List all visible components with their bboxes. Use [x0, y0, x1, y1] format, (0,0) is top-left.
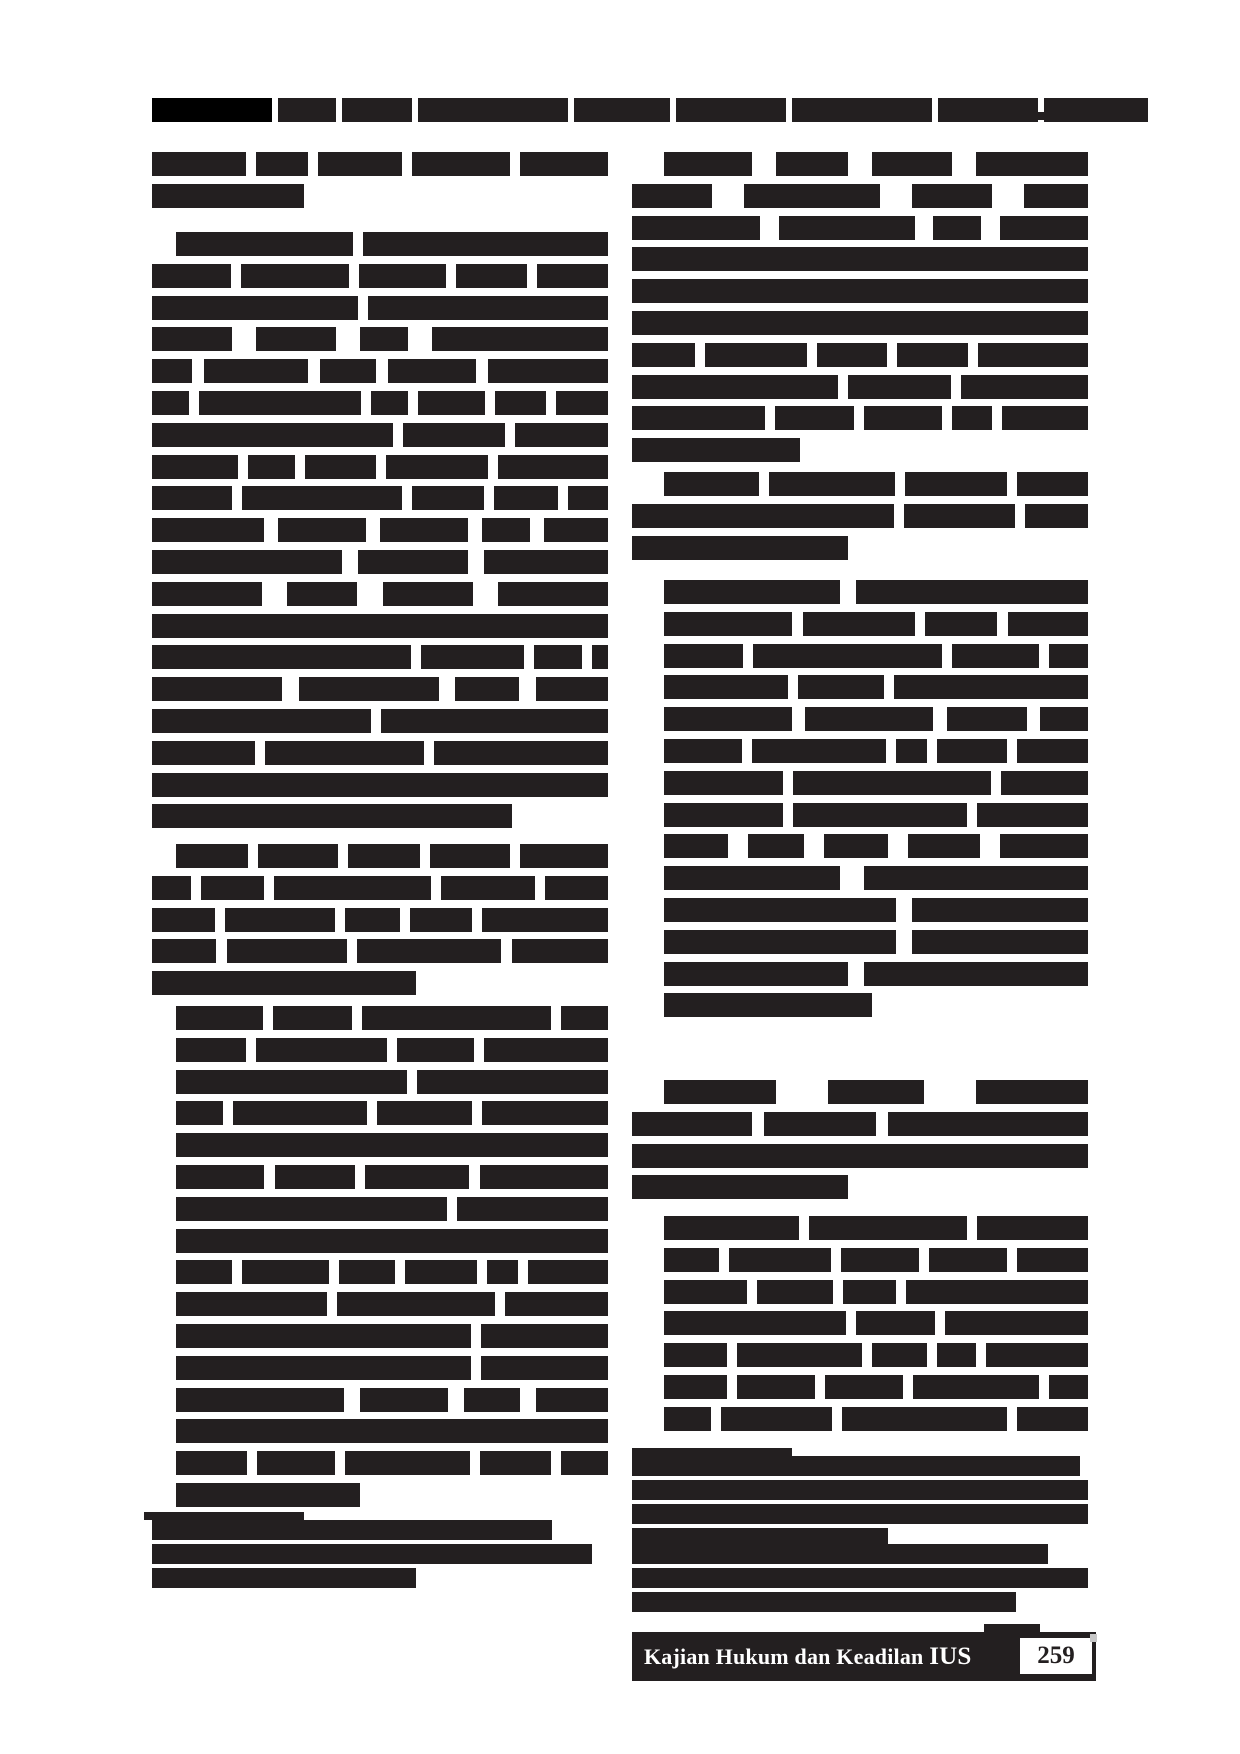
- redacted-word: [455, 677, 519, 701]
- redacted-word: [176, 1165, 264, 1189]
- redacted-word: [397, 1038, 474, 1062]
- redacted-word: [176, 1260, 232, 1284]
- redacted-word: [664, 993, 872, 1017]
- left-para-2-line: [152, 455, 608, 479]
- redacted-word: [365, 1165, 469, 1189]
- left-block-quote-line: [176, 1133, 608, 1157]
- redacted-word: [664, 1080, 776, 1104]
- redacted-word: [339, 1260, 395, 1284]
- redacted-word: [342, 98, 412, 122]
- redacted-word: [1024, 184, 1088, 208]
- redacted-word: [864, 406, 942, 430]
- right-footnote-line: [632, 1456, 1080, 1476]
- redacted-word: [528, 1260, 608, 1284]
- redacted-word: [792, 98, 932, 122]
- redacted-word: [664, 1375, 727, 1399]
- right-para-r1-line: [632, 311, 1088, 335]
- redacted-word: [856, 580, 1088, 604]
- left-para-3-line: [152, 876, 608, 900]
- redacted-word: [744, 184, 880, 208]
- redacted-word: [176, 1292, 327, 1316]
- redacted-word: [152, 296, 358, 320]
- redacted-word: [705, 343, 807, 367]
- redacted-word: [803, 612, 915, 636]
- redacted-word: [278, 518, 366, 542]
- redacted-word: [152, 550, 342, 574]
- redacted-word: [856, 1311, 935, 1335]
- redacted-word: [345, 908, 400, 932]
- right-para-r1-line: [632, 343, 1088, 367]
- footer-tab-decoration: [984, 1624, 1040, 1632]
- journal-abbrev: IUS: [929, 1643, 971, 1670]
- left-block-quote-line: [176, 1451, 608, 1475]
- left-block-quote-line: [176, 1165, 608, 1189]
- redacted-word: [377, 1101, 472, 1125]
- redacted-word: [320, 359, 376, 383]
- redacted-word: [176, 1388, 344, 1412]
- redacted-word: [1008, 612, 1088, 636]
- redacted-word: [752, 739, 885, 763]
- redacted-word: [495, 391, 547, 415]
- redacted-word: [536, 677, 608, 701]
- right-para-r3-line: [632, 1112, 1088, 1136]
- redacted-word: [380, 518, 468, 542]
- redacted-word: [986, 1343, 1088, 1367]
- redacted-word: [176, 1133, 608, 1157]
- redacted-word: [748, 834, 804, 858]
- redacted-word: [484, 550, 608, 574]
- redacted-word: [457, 1197, 608, 1221]
- redacted-word: [348, 844, 420, 868]
- redacted-word: [242, 1260, 330, 1284]
- redacted-word: [258, 844, 338, 868]
- redacted-word: [152, 645, 411, 669]
- right-indented-quote-r2-line: [664, 1311, 1088, 1335]
- redacted-word: [371, 391, 408, 415]
- redacted-word: [828, 1080, 924, 1104]
- redacted-word: [737, 1375, 815, 1399]
- redacted-word: [360, 327, 408, 351]
- page-number: 259: [1037, 1642, 1075, 1670]
- right-indented-quote-r-line: [664, 993, 872, 1017]
- redacted-word: [345, 1451, 470, 1475]
- left-para-2-line: [152, 773, 608, 797]
- redacted-word: [480, 1165, 608, 1189]
- redacted-word: [817, 343, 888, 367]
- right-indented-quote-r-line: [664, 580, 1088, 604]
- redacted-word: [664, 707, 792, 731]
- redacted-word: [152, 773, 608, 797]
- redacted-word: [1049, 1375, 1088, 1399]
- redacted-word: [227, 939, 347, 963]
- redacted-word: [888, 1112, 1088, 1136]
- redacted-word: [152, 455, 238, 479]
- redacted-word: [201, 876, 264, 900]
- page-number-box: 259: [1020, 1638, 1092, 1674]
- redacted-word: [561, 1451, 608, 1475]
- redacted-word: [1002, 406, 1088, 430]
- left-para-1-line: [152, 184, 304, 208]
- redacted-word: [359, 264, 446, 288]
- redacted-word: [512, 939, 608, 963]
- right-footnote-line: [632, 1544, 1048, 1564]
- left-block-quote-line: [176, 1324, 608, 1348]
- redacted-word: [274, 876, 431, 900]
- redacted-word: [152, 98, 272, 122]
- redacted-word: [729, 1248, 831, 1272]
- redacted-word: [199, 391, 361, 415]
- redacted-word: [152, 486, 232, 510]
- redacted-word: [793, 803, 967, 827]
- redacted-word: [824, 834, 888, 858]
- redacted-word: [1025, 504, 1088, 528]
- redacted-word: [498, 582, 608, 606]
- redacted-word: [256, 1038, 387, 1062]
- right-indented-quote-r-line: [664, 834, 1088, 858]
- right-para-r2-line: [664, 472, 1088, 496]
- redacted-word: [977, 803, 1088, 827]
- left-para-2-line: [152, 296, 608, 320]
- redacted-word: [906, 1280, 1088, 1304]
- right-indented-quote-r-line: [664, 866, 1088, 890]
- left-para-1-line: [152, 152, 608, 176]
- left-footnote-line: [152, 1544, 592, 1564]
- redacted-footnote-text: [632, 1568, 1088, 1588]
- redacted-footnote-text: [632, 1504, 1088, 1524]
- right-para-r1-line: [664, 152, 1088, 176]
- redacted-word: [418, 98, 568, 122]
- right-indented-quote-r-line: [664, 803, 1088, 827]
- redacted-word: [520, 844, 608, 868]
- redacted-word: [632, 375, 838, 399]
- redacted-word: [360, 1388, 448, 1412]
- redacted-word: [574, 98, 670, 122]
- redacted-word: [664, 1216, 799, 1240]
- redacted-word: [417, 1070, 608, 1094]
- left-block-quote-line: [176, 1483, 360, 1507]
- redacted-word: [176, 1070, 407, 1094]
- redacted-word: [482, 1101, 608, 1125]
- left-para-2-line: [152, 582, 608, 606]
- right-indented-quote-r-line: [664, 644, 1088, 668]
- redacted-word: [632, 1112, 752, 1136]
- redacted-word: [275, 1165, 355, 1189]
- redacted-word: [498, 455, 608, 479]
- redacted-word: [933, 216, 981, 240]
- redacted-footnote-text: [632, 1480, 1088, 1500]
- redacted-word: [664, 580, 840, 604]
- redacted-word: [412, 486, 484, 510]
- redacted-word: [152, 939, 216, 963]
- right-indented-quote-r-line: [664, 707, 1088, 731]
- left-footnote-line: [152, 1520, 552, 1540]
- redacted-word: [664, 834, 728, 858]
- redacted-word: [152, 518, 264, 542]
- right-para-r1-line: [632, 438, 800, 462]
- redacted-word: [664, 771, 783, 795]
- redacted-word: [864, 866, 1088, 890]
- redacted-word: [664, 930, 896, 954]
- redacted-word: [418, 391, 484, 415]
- redacted-word: [410, 908, 473, 932]
- right-para-r1-line: [632, 375, 1088, 399]
- redacted-word: [676, 98, 786, 122]
- right-para-r3-line: [664, 1080, 1088, 1104]
- redacted-word: [405, 1260, 477, 1284]
- right-indented-quote-r-line: [664, 898, 1088, 922]
- redacted-word: [977, 1216, 1088, 1240]
- redacted-word: [152, 264, 231, 288]
- redacted-word: [363, 232, 608, 256]
- redacted-word: [913, 1375, 1038, 1399]
- redacted-word: [632, 184, 712, 208]
- right-indented-quote-r-line: [664, 962, 1088, 986]
- redacted-word: [152, 709, 371, 733]
- redacted-word: [848, 375, 951, 399]
- redacted-word: [152, 582, 262, 606]
- header-rule: [1000, 112, 1088, 120]
- redacted-word: [362, 1006, 551, 1030]
- redacted-word: [632, 247, 1088, 271]
- left-para-2-line: [152, 486, 608, 510]
- redacted-word: [912, 184, 992, 208]
- redacted-word: [976, 152, 1088, 176]
- redacted-word: [632, 536, 848, 560]
- redacted-word: [488, 359, 608, 383]
- redacted-word: [1000, 834, 1088, 858]
- redacted-word: [233, 1101, 367, 1125]
- redacted-word: [152, 908, 215, 932]
- redacted-word: [912, 930, 1088, 954]
- left-block-quote-line: [176, 1388, 608, 1412]
- left-para-2-line: [176, 232, 608, 256]
- right-para-r1-line: [632, 184, 1088, 208]
- right-para-r2-line: [632, 536, 848, 560]
- redacted-word: [632, 216, 760, 240]
- redacted-word: [779, 216, 915, 240]
- left-para-3-line: [176, 844, 608, 868]
- redacted-word: [176, 1197, 447, 1221]
- redacted-word: [278, 98, 336, 122]
- redacted-word: [664, 1343, 727, 1367]
- redacted-word: [464, 1388, 520, 1412]
- left-block-quote-line: [176, 1419, 608, 1443]
- redacted-word: [152, 804, 512, 828]
- redacted-word: [664, 152, 752, 176]
- redacted-word: [825, 1375, 903, 1399]
- redacted-word: [265, 741, 424, 765]
- redacted-word: [152, 876, 191, 900]
- redacted-word: [305, 455, 376, 479]
- right-para-r1-line: [632, 279, 1088, 303]
- redacted-word: [152, 327, 232, 351]
- journal-title: Kajian Hukum dan Keadilan IUS: [644, 1643, 971, 1671]
- redacted-word: [1049, 644, 1088, 668]
- redacted-word: [664, 962, 848, 986]
- redacted-word: [536, 1388, 608, 1412]
- redacted-word: [494, 486, 558, 510]
- redacted-word: [287, 582, 357, 606]
- redacted-word: [456, 264, 527, 288]
- redacted-word: [632, 438, 800, 462]
- redacted-word: [664, 1407, 711, 1431]
- right-footnote-line: [632, 1568, 1088, 1588]
- right-footnote-line: [632, 1504, 1088, 1524]
- redacted-word: [441, 876, 535, 900]
- redacted-word: [904, 504, 1015, 528]
- redacted-word: [545, 876, 608, 900]
- left-footnote-line: [152, 1568, 416, 1588]
- redacted-word: [976, 1080, 1088, 1104]
- left-block-quote-line: [176, 1197, 608, 1221]
- left-para-2-line: [152, 645, 608, 669]
- left-para-3-line: [152, 971, 416, 995]
- redacted-word: [843, 1280, 896, 1304]
- redacted-word: [412, 152, 510, 176]
- redacted-word: [664, 644, 743, 668]
- redacted-word: [872, 1343, 927, 1367]
- redacted-word: [152, 971, 416, 995]
- redacted-word: [978, 343, 1088, 367]
- redacted-word: [664, 675, 788, 699]
- redacted-word: [937, 1343, 976, 1367]
- right-para-r1-line: [632, 406, 1088, 430]
- redacted-word: [383, 582, 473, 606]
- left-footnote-rule: [144, 1512, 304, 1520]
- redacted-word: [664, 1248, 719, 1272]
- redacted-word: [592, 645, 608, 669]
- redacted-word: [896, 739, 927, 763]
- redacted-word: [534, 645, 582, 669]
- redacted-word: [561, 1006, 608, 1030]
- redacted-word: [176, 1451, 247, 1475]
- redacted-word: [805, 707, 933, 731]
- redacted-word: [152, 359, 192, 383]
- redacted-word: [937, 739, 1008, 763]
- left-para-2-line: [152, 550, 608, 574]
- right-indented-quote-r2-line: [664, 1375, 1088, 1399]
- left-para-2-line: [152, 423, 608, 447]
- left-para-3-line: [152, 939, 608, 963]
- redacted-word: [176, 1324, 471, 1348]
- redacted-word: [480, 1451, 551, 1475]
- redacted-word: [757, 1280, 833, 1304]
- redacted-word: [299, 677, 439, 701]
- redacted-word: [381, 709, 608, 733]
- redacted-word: [357, 939, 501, 963]
- redacted-word: [176, 1356, 471, 1380]
- right-para-r1-line: [632, 247, 1088, 271]
- redacted-word: [664, 739, 742, 763]
- redacted-word: [152, 614, 608, 638]
- redacted-word: [1001, 771, 1088, 795]
- redacted-word: [1017, 1407, 1088, 1431]
- redacted-word: [664, 612, 792, 636]
- redacted-word: [318, 152, 402, 176]
- right-para-r2-line: [632, 504, 1088, 528]
- redacted-word: [568, 486, 608, 510]
- redacted-word: [632, 279, 1088, 303]
- redacted-word: [864, 962, 1088, 986]
- redacted-word: [664, 472, 759, 496]
- left-para-2-line: [152, 327, 608, 351]
- redacted-word: [721, 1407, 831, 1431]
- redacted-word: [632, 1175, 848, 1199]
- redacted-word: [952, 644, 1039, 668]
- right-indented-quote-r2-line: [664, 1216, 1088, 1240]
- redacted-word: [487, 1260, 519, 1284]
- redacted-word: [225, 908, 335, 932]
- redacted-footnote-text: [632, 1592, 1016, 1612]
- running-head-bar: [152, 98, 1148, 122]
- redacted-word: [925, 612, 997, 636]
- redacted-word: [664, 1280, 747, 1304]
- left-block-quote-line: [176, 1070, 608, 1094]
- redacted-word: [945, 1311, 1088, 1335]
- redacted-word: [632, 406, 765, 430]
- left-para-2-line: [152, 677, 608, 701]
- redacted-word: [388, 359, 476, 383]
- redacted-word: [753, 644, 942, 668]
- left-block-quote-line: [176, 1006, 608, 1030]
- redacted-word: [842, 1407, 1007, 1431]
- redacted-word: [912, 898, 1088, 922]
- left-para-2-line: [152, 518, 608, 542]
- left-block-quote-line: [176, 1260, 608, 1284]
- redacted-word: [1017, 472, 1088, 496]
- left-para-2-line: [152, 391, 608, 415]
- right-para-r1-line: [632, 216, 1088, 240]
- redacted-word: [905, 472, 1007, 496]
- redacted-word: [257, 1451, 335, 1475]
- redacted-word: [256, 327, 336, 351]
- redacted-word: [248, 455, 295, 479]
- redacted-word: [176, 1483, 360, 1507]
- redacted-word: [793, 771, 991, 795]
- redacted-word: [1017, 1248, 1088, 1272]
- redacted-word: [152, 677, 282, 701]
- redacted-word: [176, 1229, 608, 1253]
- left-para-3-line: [152, 908, 608, 932]
- redacted-word: [764, 1112, 876, 1136]
- redacted-word: [809, 1216, 967, 1240]
- redacted-word: [256, 152, 309, 176]
- redacted-word: [176, 1419, 608, 1443]
- redacted-word: [176, 844, 248, 868]
- right-indented-quote-r-line: [664, 739, 1088, 763]
- redacted-word: [908, 834, 980, 858]
- redacted-word: [484, 1038, 608, 1062]
- redacted-word: [368, 296, 608, 320]
- right-footnote-line: [632, 1592, 1016, 1612]
- redacted-word: [520, 152, 608, 176]
- redacted-word: [737, 1343, 862, 1367]
- redacted-footnote-text: [152, 1520, 552, 1540]
- redacted-word: [242, 486, 402, 510]
- left-block-quote-line: [176, 1101, 608, 1125]
- left-para-2-line: [152, 359, 608, 383]
- right-footnote-rule: [632, 1448, 792, 1456]
- redacted-word: [664, 898, 896, 922]
- redacted-word: [430, 844, 510, 868]
- redacted-word: [947, 707, 1027, 731]
- left-para-2-line: [152, 804, 512, 828]
- redacted-word: [664, 1311, 846, 1335]
- redacted-word: [337, 1292, 495, 1316]
- redacted-word: [403, 423, 504, 447]
- right-indented-quote-r2-line: [664, 1407, 1088, 1431]
- redacted-footnote-text: [152, 1544, 592, 1564]
